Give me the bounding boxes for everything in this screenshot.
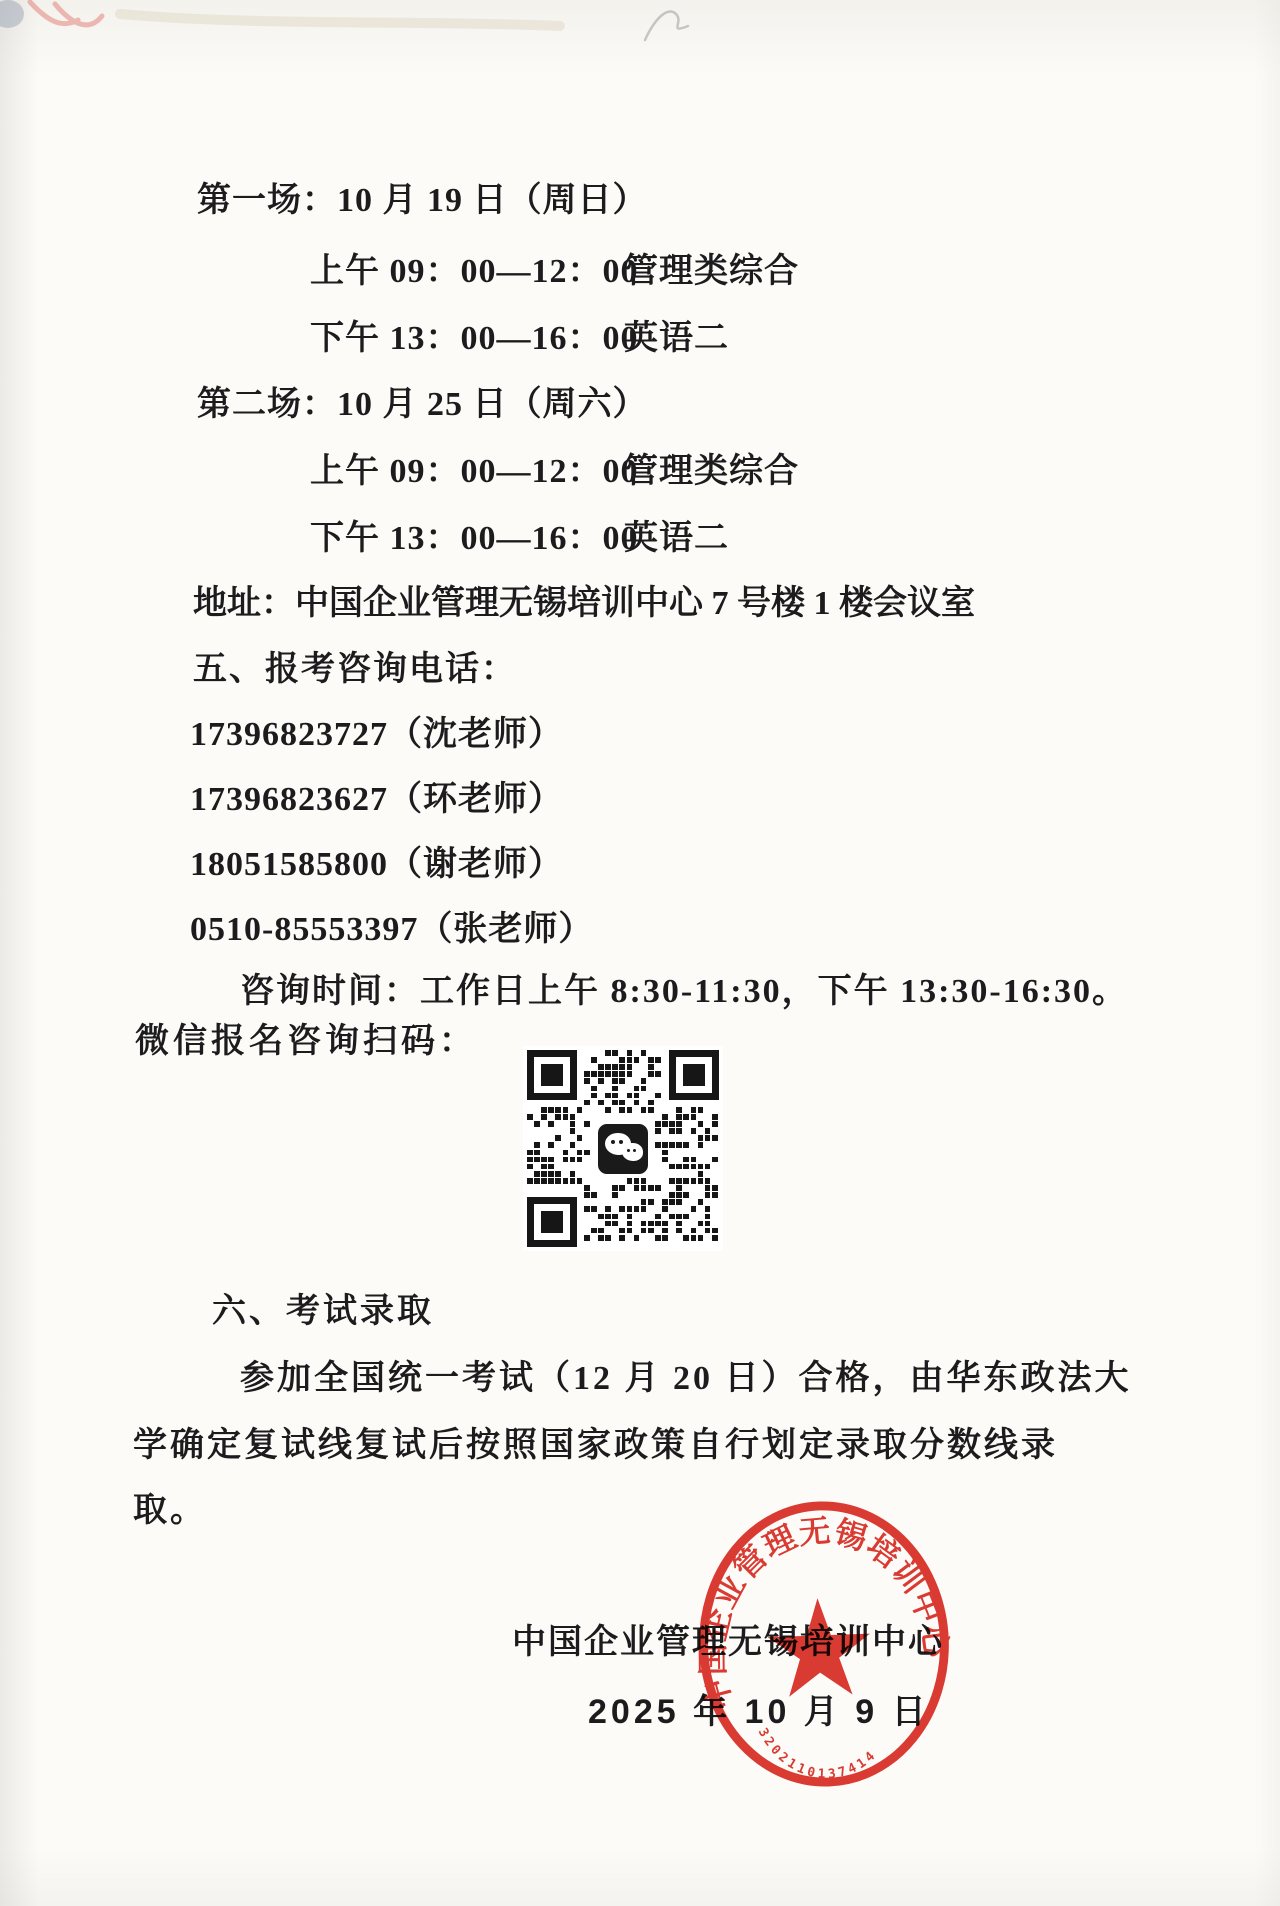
phone-number: 0510-85553397 xyxy=(190,911,418,948)
subject-label: 英语二 xyxy=(624,520,729,557)
time-label: 上午 09：00—12：00 xyxy=(310,443,624,492)
scanned-notice-page: 第一场：10 月 19 日（周日） 上午 09：00—12：00管理类综合 下午… xyxy=(0,0,1280,1906)
phone-contact: （张老师） xyxy=(418,911,593,948)
session-2-row-afternoon: 下午 13：00—16：00英语二 xyxy=(310,510,729,559)
subject-label: 管理类综合 xyxy=(624,453,799,490)
time-label: 下午 13：00—16：00 xyxy=(310,310,624,359)
address-line: 地址：中国企业管理无锡培训中心 7 号楼 1 楼会议室 xyxy=(193,575,975,624)
section-5-heading: 五、报考咨询电话： xyxy=(193,641,517,690)
wechat-scan-prompt: 微信报名咨询扫码： xyxy=(135,1013,477,1062)
phone-number: 17396823627 xyxy=(190,781,388,818)
scan-artifact-top xyxy=(0,0,1280,90)
session-2-row-morning: 上午 09：00—12：00管理类综合 xyxy=(310,443,799,492)
admission-line: 学确定复试线复试后按照国家政策自行划定录取分数线录 xyxy=(133,1417,1058,1466)
qr-finder-top-right xyxy=(669,1050,719,1100)
phone-contact: （环老师） xyxy=(388,781,563,818)
admission-line: 取。 xyxy=(133,1482,207,1531)
subject-label: 管理类综合 xyxy=(624,253,799,290)
time-label: 上午 09：00—12：00 xyxy=(310,243,624,292)
phone-contact: （沈老师） xyxy=(388,716,563,753)
admission-line: 参加全国统一考试（12 月 20 日）合格，由华东政法大 xyxy=(240,1350,1132,1399)
svg-text:中国企业管理无锡培训中心: 中国企业管理无锡培训中心 xyxy=(691,1509,956,1714)
phone-number: 18051585800 xyxy=(190,846,388,883)
phone-row: 0510-85553397（张老师） xyxy=(190,901,593,950)
wechat-qr-code xyxy=(523,1046,723,1251)
wechat-icon xyxy=(595,1121,651,1177)
section-6-heading: 六、考试录取 xyxy=(212,1283,434,1332)
official-stamp: 中国企业管理无锡培训中心 3202110137414 xyxy=(689,1492,959,1797)
phone-row: 17396823727（沈老师） xyxy=(190,706,563,755)
phone-contact: （谢老师） xyxy=(388,846,563,883)
qr-finder-top-left xyxy=(527,1050,577,1100)
phone-row: 18051585800（谢老师） xyxy=(190,836,563,885)
stamp-star-icon xyxy=(766,1596,872,1697)
time-label: 下午 13：00—16：00 xyxy=(310,510,624,559)
qr-finder-bottom-left xyxy=(527,1197,577,1247)
session-1-row-afternoon: 下午 13：00—16：00英语二 xyxy=(310,310,729,359)
session-1-row-morning: 上午 09：00—12：00管理类综合 xyxy=(310,243,799,292)
phone-row: 17396823627（环老师） xyxy=(190,771,563,820)
phone-number: 17396823727 xyxy=(190,716,388,753)
session-1-heading: 第一场：10 月 19 日（周日） xyxy=(197,172,648,221)
subject-label: 英语二 xyxy=(624,320,729,357)
wechat-small-bubble xyxy=(622,1143,643,1161)
consult-hours-line: 咨询时间：工作日上午 8:30-11:30，下午 13:30-16:30。 xyxy=(240,963,1128,1012)
stamp-arc-text: 中国企业管理无锡培训中心 xyxy=(691,1509,956,1714)
session-2-heading: 第二场：10 月 25 日（周六） xyxy=(197,376,648,425)
